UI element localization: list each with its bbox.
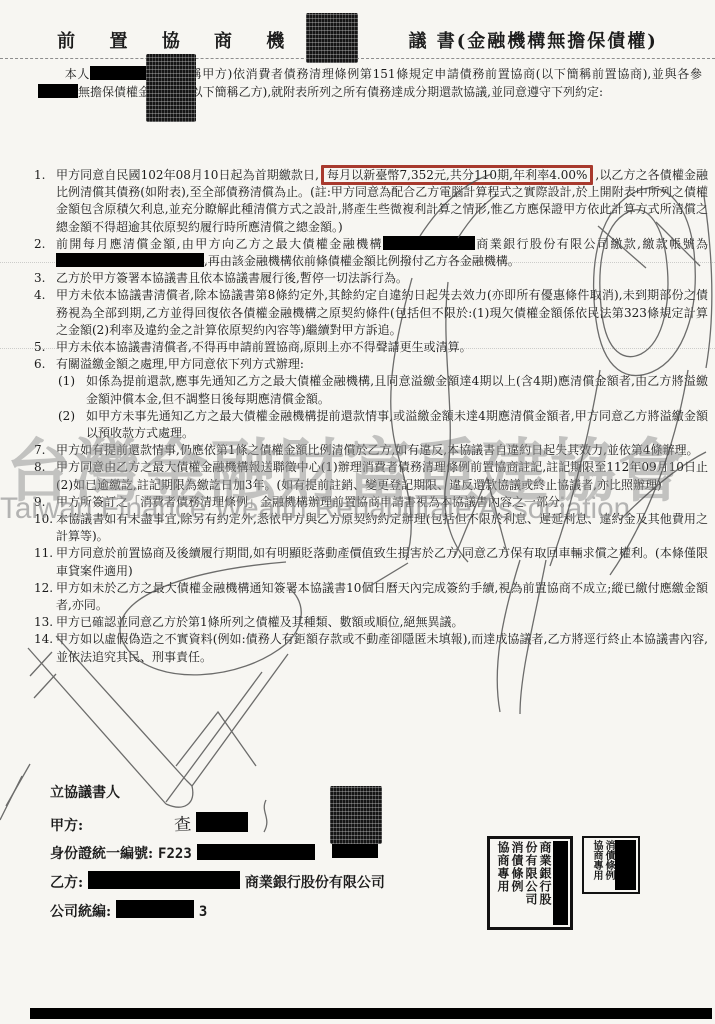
redaction-id-number [197,844,315,860]
clause-4: 4. 甲方未依本協議書清償者,除本協議書第8條約定外,其餘約定自違約日起失去效力… [34,287,708,339]
clause-5-number: 5. [34,339,45,356]
clause-14: 14. 甲方如以虛假偽造之不實資料(例如:債務人有鉅額存款或不動產卻隱匿未填報)… [34,631,708,665]
redaction-intro [38,84,78,98]
tax-id-suffix: 3 [199,904,207,920]
redaction-tax-id [116,900,194,918]
clause-6-number: 6. [34,356,45,373]
intro-s1: 本人 [64,67,90,81]
clause-14-number: 14. [34,631,53,648]
tax-id-row: 公司統編: 3 [50,900,510,921]
clause-6-sub-1: (1) 如係為提前還款,應事先通知乙方之最大債權金融機構,且同意溢繳金額達4期以… [56,373,708,407]
stamp-large-col-3: 消債條例 [511,841,523,925]
ink-seal-over-intro [146,54,196,122]
party-a-handwritten-signature: 查 [173,809,192,835]
signature-heading: 立協議書人 [50,782,510,802]
clause-1-pre: 甲方同意自民國102年08月10日起為首期繳款日, [56,168,319,182]
clause-10-number: 10. [34,511,53,528]
signature-block: 立協議書人 甲方: 查 身份證統一編號: F223 乙方: 商業銀行股份有限公司… [50,782,510,929]
clause-4-text: 甲方未依本協議書清償者,除本協議書第8條約定外,其餘約定自違約日起失去效力(亦即… [56,288,708,336]
clause-6-sub-1-number: (1) [58,373,75,390]
redaction-bank-name [383,236,475,250]
id-number-row: 身份證統一編號: F223 [50,843,510,863]
clause-2-s2: 商業銀行股份有限公司繳款,繳款帳號為 [475,237,708,251]
redaction-stamp-small [615,840,636,890]
party-b-row: 乙方: 商業銀行股份有限公司 [50,871,510,892]
personal-name-seal [330,786,382,844]
intro-paragraph: 本人(以下簡稱甲方)依消費者債務清理條例第151條規定申請債務前置協商(以下簡稱… [38,66,702,101]
scanned-agreement-page: 台灣金融財富重建協會 Taiwan Finance Wealth Rehabil… [0,0,715,1024]
clause-6-sub-1-text: 如係為提前還款,應事先通知乙方之最大債權金融機構,且同意溢繳金額達4期以上(含4… [86,374,708,405]
clause-7-text: 甲方如有提前還款情事,仍應依第1條之債權金額比例清償於乙方,如有違反,本協議書自… [56,443,699,457]
clause-2: 2. 前開每月應清償金額,由甲方向乙方之最大債權金融機構商業銀行股份有限公司繳款… [34,236,708,270]
clause-13: 13. 甲方已確認並同意乙方於第1條所列之債權及其種類、數額或順位,絕無異議。 [34,614,708,631]
clause-8-number: 8. [34,459,45,476]
scan-edge-black-bar [30,1008,712,1019]
id-number-label: 身份證統一編號: [50,846,153,862]
clause-11: 11. 甲方同意於前置協商及後續履行期間,如有明顯貶落動產價值致生損害於乙方,同… [34,545,708,579]
clause-6-sub-2-text: 如甲方未事先通知乙方之最大債權金融機構提前還款情事,或溢繳金額未達4期應清償金額… [86,409,708,440]
payment-terms-highlight: 每月以新臺幣7,352元,共分110期,年利率4.00% [321,165,594,185]
clause-2-number: 2. [34,236,45,253]
bank-negotiation-stamp-large: 商業銀行股 份有限公司 消債條例 協商專用 [487,836,573,930]
clause-1: 1. 甲方同意自民國102年08月10日起為首期繳款日,每月以新臺幣7,352元… [34,167,708,236]
clause-10: 10. 本協議書如有未盡事宜,除另有約定外,悉依甲方與乙方原契約約定辦理(包括但… [34,511,708,545]
clause-7-number: 7. [34,442,45,459]
clause-6-head: 有關溢繳金額之處理,甲方同意依下列方式辦理: [56,357,304,371]
bank-negotiation-stamp-small: 消債條例 協商專用 [582,836,640,894]
clause-12-number: 12. [34,580,53,597]
clause-13-number: 13. [34,614,53,631]
stamp-large-col-4: 協商專用 [497,841,509,925]
ink-seal-over-title [306,13,358,63]
clause-11-text: 甲方同意於前置協商及後續履行期間,如有明顯貶落動產價值致生損害於乙方,同意乙方保… [56,546,708,577]
clause-6: 6. 有關溢繳金額之處理,甲方同意依下列方式辦理: (1) 如係為提前還款,應事… [34,356,708,442]
clause-4-number: 4. [34,287,45,304]
clause-3-number: 3. [34,270,45,287]
redaction-party-a-name [196,812,248,832]
clause-2-s1: 前開每月應清償金額,由甲方向乙方之最大債權金融機構 [56,237,383,251]
party-b-label: 乙方: [50,875,83,891]
clause-5: 5. 甲方未依本協議書清償者,不得再申請前置協商,原則上亦不得聲請更生或清算。 [34,339,708,356]
clause-14-text: 甲方如以虛假偽造之不實資料(例如:債務人有鉅額存款或不動產卻隱匿未填報),而達成… [56,632,708,663]
clause-9: 9. 甲方所簽訂之「消費者債務清理條例」金融機構辦理前置協商申請書視為本協議書內… [34,494,708,511]
clause-8: 8. 甲方同意由乙方之最大債權金融機構報送聯徵中心(1)辦理消費者債務清理條例前… [34,459,708,493]
clause-7: 7. 甲方如有提前還款情事,仍應依第1條之債權金額比例清償於乙方,如有違反,本協… [34,442,708,459]
clause-5-text: 甲方未依本協議書清償者,不得再申請前置協商,原則上亦不得聲請更生或清算。 [56,340,472,354]
clause-8-text: 甲方同意由乙方之最大債權金融機構報送聯徵中心(1)辦理消費者債務清理條例前置協商… [56,460,708,491]
clause-2-s3: ,再由該金融機構依前條債權金額比例撥付乙方各金融機構。 [204,254,520,268]
stamp-large-col-2: 份有限公司 [525,841,537,925]
clause-3: 3. 乙方於甲方簽署本協議書且依本協議書履行後,暫停一切法訴行為。 [34,270,708,287]
clause-13-text: 甲方已確認並同意乙方於第1條所列之債權及其種類、數額或順位,絕無異議。 [56,615,463,629]
clause-9-text: 甲方所簽訂之「消費者債務清理條例」金融機構辦理前置協商申請書視為本協議書內容之一… [56,495,572,509]
clause-1-number: 1. [34,167,45,184]
clause-11-number: 11. [34,545,53,562]
party-a-row: 甲方: 查 [50,810,510,835]
stamp-large-col-1: 商業銀行股 [539,841,551,925]
clause-6-sub-2: (2) 如甲方未事先通知乙方之最大債權金融機構提前還款情事,或溢繳金額未達4期應… [56,408,708,442]
stamp-small-col-1: 消債條例 [603,840,613,890]
clause-12-text: 甲方如未於乙方之最大債權金融機構通知簽署本協議書10個日曆天內完成簽約手續,視為… [56,581,708,612]
redaction-stamp-bank-name [553,841,568,925]
clause-12: 12. 甲方如未於乙方之最大債權金融機構通知簽署本協議書10個日曆天內完成簽約手… [34,580,708,614]
redaction-party-b-bank-name [88,871,240,889]
redaction-account-number [56,253,204,267]
clause-9-number: 9. [34,494,45,511]
clause-list: 1. 甲方同意自民國102年08月10日起為首期繳款日,每月以新臺幣7,352元… [34,167,708,666]
party-a-label: 甲方: [50,818,83,834]
id-number-prefix: F223 [158,846,192,862]
party-b-suffix: 商業銀行股份有限公司 [245,875,385,891]
stamp-small-col-2: 協商專用 [591,840,601,890]
clause-6-sub-2-number: (2) [58,408,75,425]
clause-10-text: 本協議書如有未盡事宜,除另有約定外,悉依甲方與乙方原契約約定辦理(包括但不限於利… [56,512,708,543]
document-title-right: 議 書(金融機構無擔保債權) [409,27,658,53]
intro-s2: (以下簡稱甲方)依消費者債務清理條例第151條規定申請債務前置協商(以下簡稱前置… [146,67,702,81]
clause-3-text: 乙方於甲方簽署本協議書且依本協議書履行後,暫停一切法訴行為。 [56,271,408,285]
redaction-applicant-name [90,66,146,80]
tax-id-label: 公司統編: [50,904,111,920]
